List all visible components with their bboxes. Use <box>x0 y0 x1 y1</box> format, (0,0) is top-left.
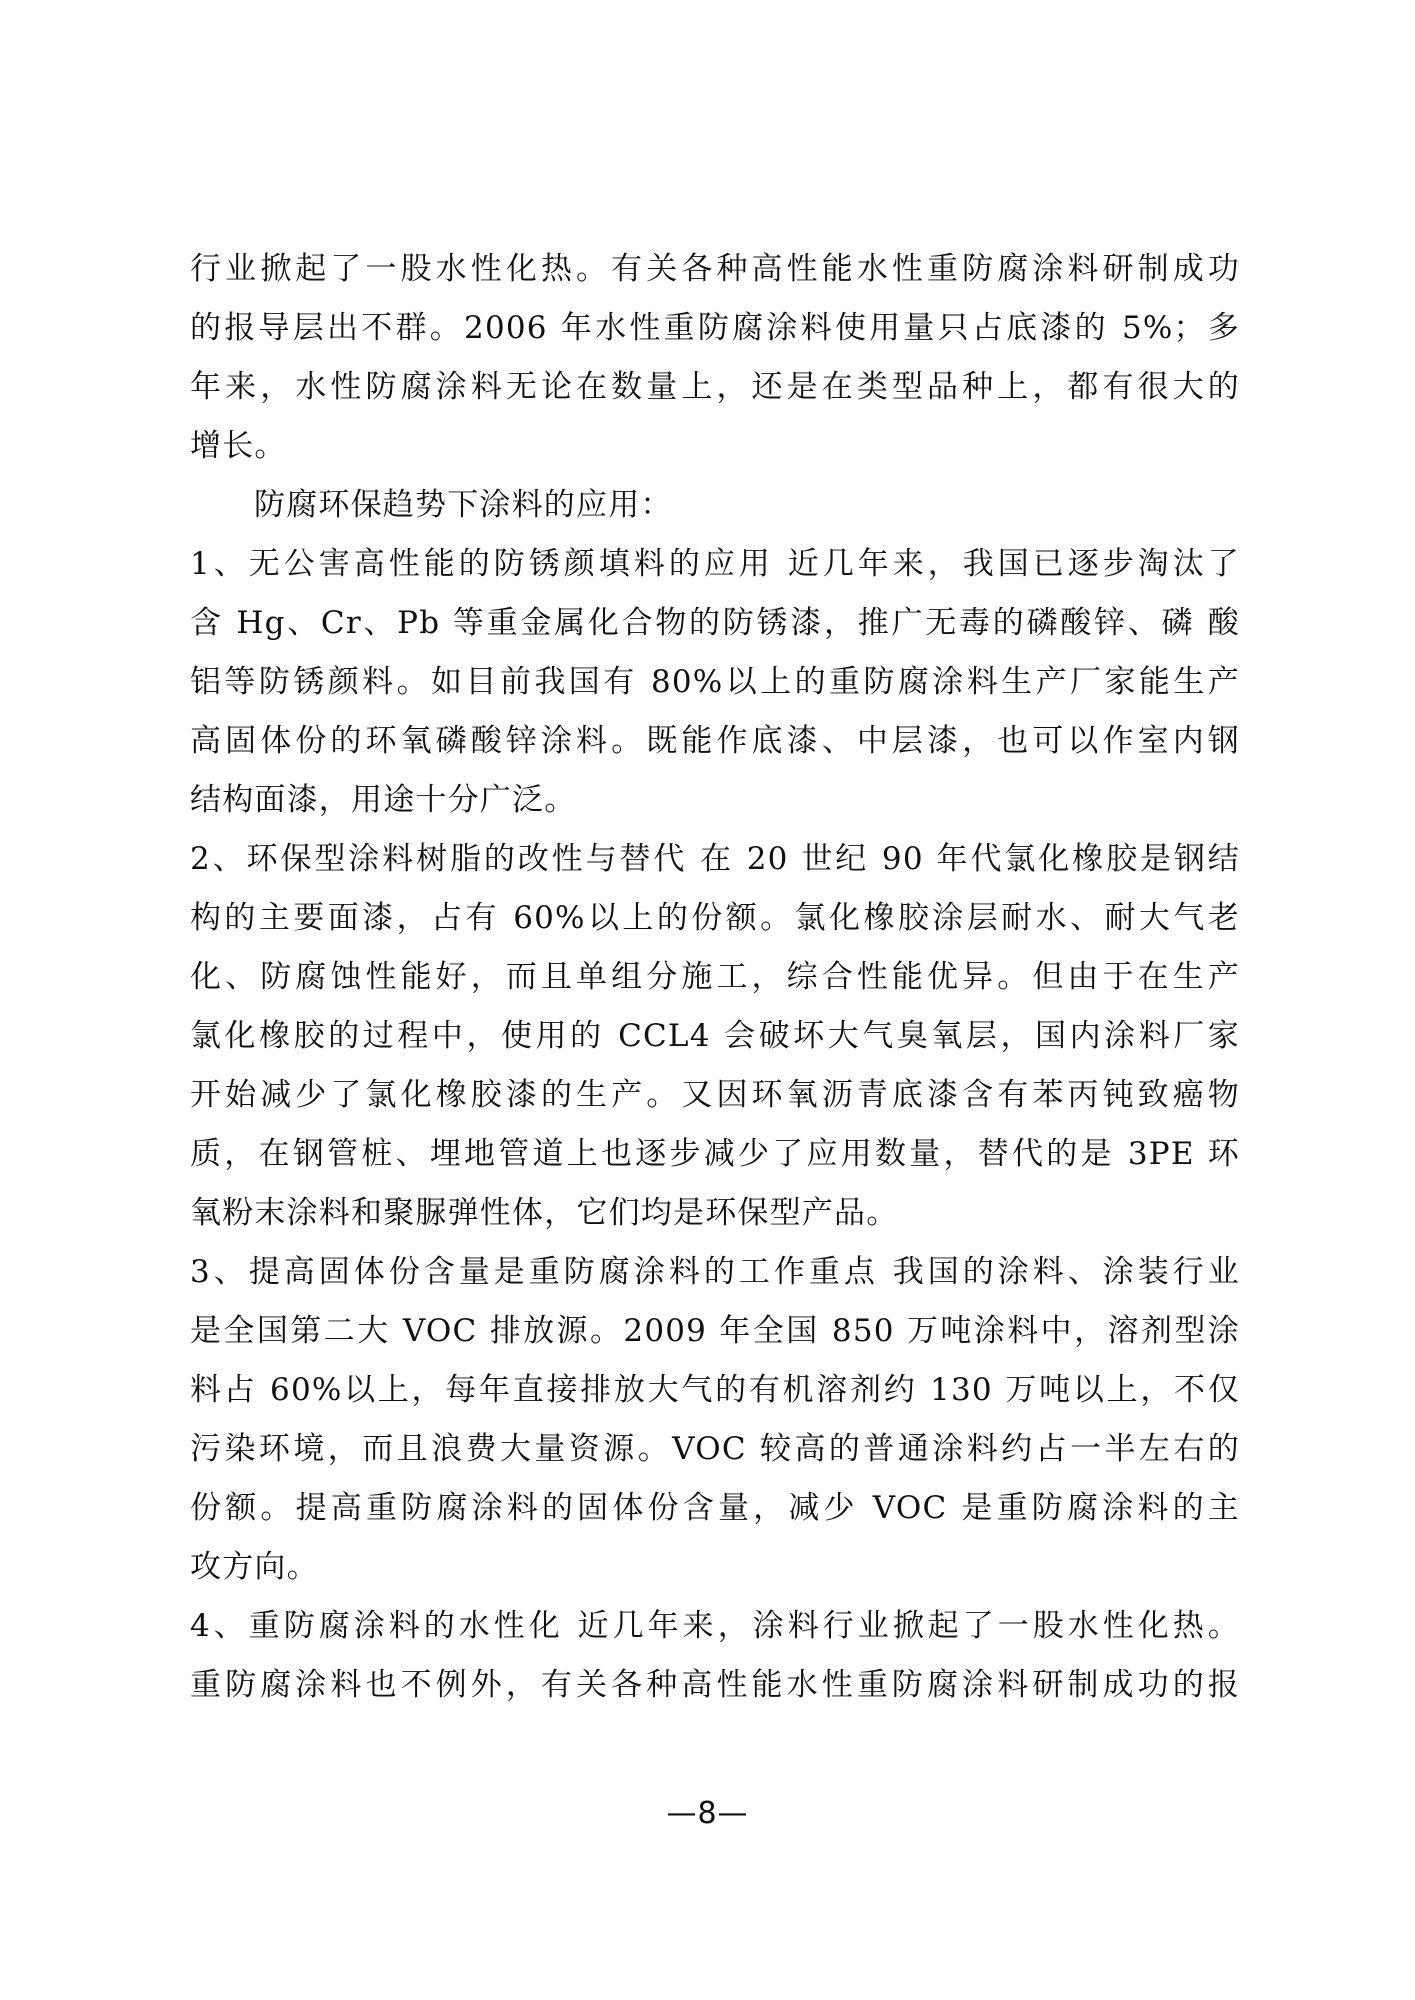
paragraph-line: 结构面漆，用途十分广泛。 <box>190 771 1240 830</box>
paragraph-line: 高固体份的环氧磷酸锌涂料。既能作底漆、中层漆，也可以作室内钢 <box>190 712 1240 771</box>
paragraph-line: 含 Hg、Cr、Pb 等重金属化合物的防锈漆，推广无毒的磷酸锌、磷 酸 <box>190 594 1240 653</box>
page-number: —8— <box>0 1796 1415 1831</box>
list-item-1-heading: 1、无公害高性能的防锈颜填料的应用 近几年来，我国已逐步淘汰了 <box>190 535 1240 594</box>
paragraph-line: 行业掀起了一股水性化热。有关各种高性能水性重防腐涂料研制成功 <box>190 240 1240 299</box>
paragraph-line: 质，在钢管桩、埋地管道上也逐步减少了应用数量，替代的是 3PE 环 <box>190 1125 1240 1184</box>
paragraph-line: 污染环境，而且浪费大量资源。VOC 较高的普通涂料约占一半左右的 <box>190 1420 1240 1479</box>
paragraph-line: 重防腐涂料也不例外，有关各种高性能水性重防腐涂料研制成功的报 <box>190 1656 1240 1715</box>
paragraph-line: 铝等防锈颜料。如目前我国有 80%以上的重防腐涂料生产厂家能生产 <box>190 653 1240 712</box>
list-item-3-heading: 3、提高固体份含量是重防腐涂料的工作重点 我国的涂料、涂装行业 <box>190 1243 1240 1302</box>
paragraph-line: 氯化橡胶的过程中，使用的 CCL4 会破坏大气臭氧层，国内涂料厂家 <box>190 1007 1240 1066</box>
paragraph-line: 是全国第二大 VOC 排放源。2009 年全国 850 万吨涂料中，溶剂型涂 <box>190 1302 1240 1361</box>
list-item-4-heading: 4、重防腐涂料的水性化 近几年来，涂料行业掀起了一股水性化热。 <box>190 1597 1240 1656</box>
paragraph-line: 化、防腐蚀性能好，而且单组分施工，综合性能优异。但由于在生产 <box>190 948 1240 1007</box>
paragraph-line: 料占 60%以上，每年直接排放大气的有机溶剂约 130 万吨以上，不仅 <box>190 1361 1240 1420</box>
section-heading: 防腐环保趋势下涂料的应用： <box>190 476 1240 535</box>
paragraph-line: 的报导层出不群。2006 年水性重防腐涂料使用量只占底漆的 5%；多 <box>190 299 1240 358</box>
paragraph-line: 增长。 <box>190 417 1240 476</box>
paragraph-line: 构的主要面漆，占有 60%以上的份额。氯化橡胶涂层耐水、耐大气老 <box>190 889 1240 948</box>
paragraph-line: 攻方向。 <box>190 1538 1240 1597</box>
list-item-2-heading: 2、环保型涂料树脂的改性与替代 在 20 世纪 90 年代氯化橡胶是钢结 <box>190 830 1240 889</box>
paragraph-line: 份额。提高重防腐涂料的固体份含量，减少 VOC 是重防腐涂料的主 <box>190 1479 1240 1538</box>
paragraph-line: 开始减少了氯化橡胶漆的生产。又因环氧沥青底漆含有苯丙钝致癌物 <box>190 1066 1240 1125</box>
paragraph-line: 氧粉末涂料和聚脲弹性体，它们均是环保型产品。 <box>190 1184 1240 1243</box>
document-body: 行业掀起了一股水性化热。有关各种高性能水性重防腐涂料研制成功 的报导层出不群。2… <box>190 240 1240 1715</box>
paragraph-line: 年来，水性防腐涂料无论在数量上，还是在类型品种上，都有很大的 <box>190 358 1240 417</box>
